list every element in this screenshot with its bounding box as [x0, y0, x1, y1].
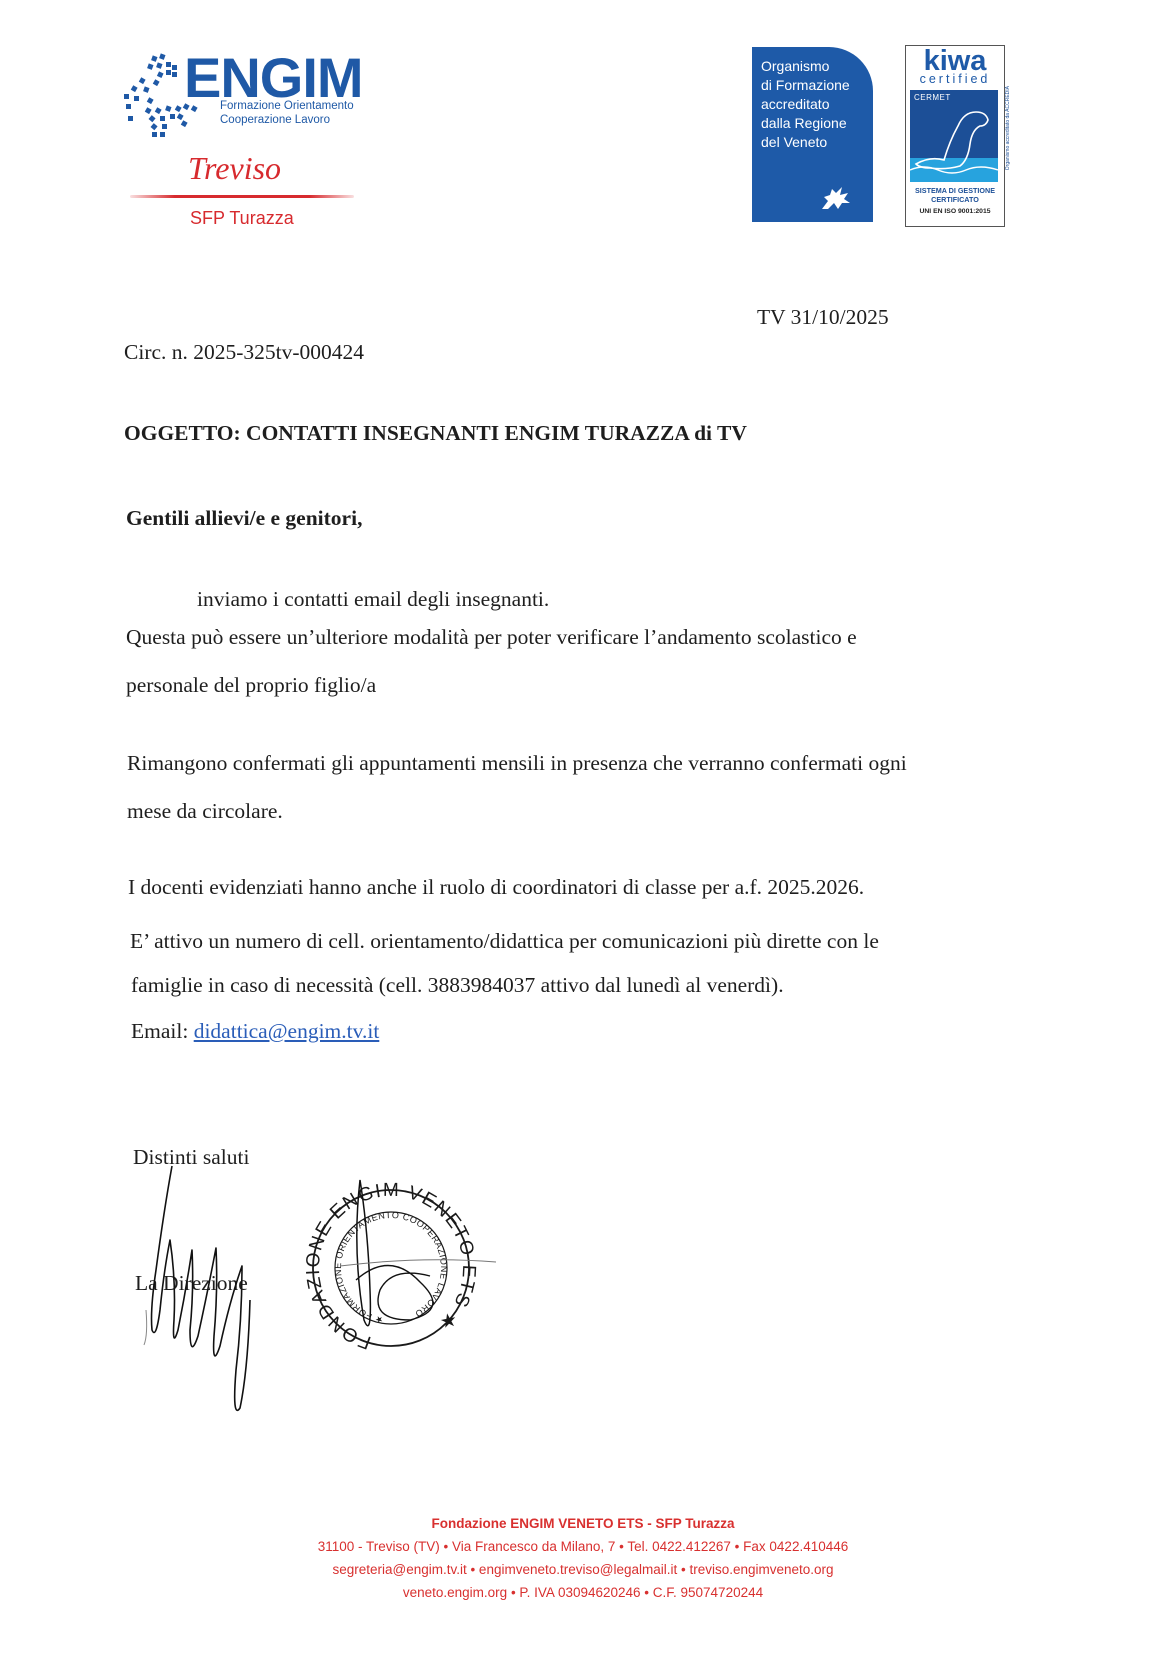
- kiwa-certified-label: certified: [906, 72, 1004, 86]
- letter-date: TV 31/10/2025: [757, 304, 889, 330]
- body-line: famiglie in caso di necessità (cell. 388…: [131, 972, 784, 998]
- body-line: personale del proprio figlio/a: [126, 672, 376, 698]
- circular-number: Circ. n. 2025-325tv-000424: [124, 339, 364, 365]
- engim-tagline-2: Cooperazione Lavoro: [220, 114, 330, 127]
- engim-tagline-1: Formazione Orientamento: [220, 100, 354, 113]
- iso-standard: UNI EN ISO 9001:2015: [904, 208, 1006, 215]
- kiwa-emblem: CERMET: [910, 90, 998, 182]
- body-line: I docenti evidenziati hanno anche il ruo…: [128, 874, 864, 900]
- lion-of-saint-mark-icon: [814, 183, 854, 213]
- kiwa-system-line1: SISTEMA DI GESTIONE: [915, 186, 995, 195]
- footer-organization: Fondazione ENGIM VENETO ETS - SFP Turazz…: [0, 1515, 1152, 1533]
- email-line: Email: didattica@engim.tv.it: [131, 1018, 379, 1044]
- veneto-badge-text: Organismo di Formazione accreditato dall…: [761, 57, 850, 152]
- engim-brand: ENGIM: [184, 48, 363, 108]
- footer-fiscal: veneto.engim.org • P. IVA 03094620246 • …: [0, 1584, 1152, 1602]
- body-line: Rimangono confermati gli appuntamenti me…: [127, 750, 907, 776]
- kiwa-system-line2: CERTIFICATO: [931, 195, 979, 204]
- letter-subject: OGGETTO: CONTATTI INSEGNANTI ENGIM TURAZ…: [124, 420, 747, 446]
- body-line: E’ attivo un numero di cell. orientament…: [130, 928, 879, 954]
- svg-text:FONDAZIONE ENGIM VENETO ETS ★: FONDAZIONE ENGIM VENETO ETS ★: [303, 1180, 480, 1353]
- footer-contacts: segreteria@engim.tv.it • engimveneto.tre…: [0, 1561, 1152, 1579]
- kiwa-system-text: SISTEMA DI GESTIONE CERTIFICATO: [906, 186, 1004, 204]
- letter-salutation: Gentili allievi/e e genitori,: [126, 505, 362, 531]
- signature-icon: [120, 1140, 300, 1420]
- accredia-note: Organismo accreditato da ACCREDIA: [1005, 86, 1011, 170]
- city-name: Treviso: [188, 150, 281, 187]
- email-link[interactable]: didattica@engim.tv.it: [194, 1019, 380, 1043]
- logo-divider: [130, 195, 354, 198]
- body-line: inviamo i contatti email degli insegnant…: [197, 586, 549, 612]
- kiwa-certification-badge: kiwa certified CERMET SISTEMA DI GESTION…: [905, 45, 1005, 227]
- school-name: SFP Turazza: [190, 208, 294, 229]
- footer-address: 31100 - Treviso (TV) • Via Francesco da …: [0, 1538, 1152, 1556]
- official-stamp-icon: FONDAZIONE ENGIM VENETO ETS ★ ★ FORMAZIO…: [300, 1170, 500, 1360]
- body-line: Questa può essere un’ulteriore modalità …: [126, 624, 857, 650]
- body-line: mese da circolare.: [127, 798, 283, 824]
- veneto-accreditation-badge: Organismo di Formazione accreditato dall…: [752, 47, 873, 222]
- email-label: Email:: [131, 1019, 194, 1043]
- engim-logo: ENGIM Formazione Orientamento Cooperazio…: [122, 48, 362, 233]
- beaver-icon: [910, 90, 998, 182]
